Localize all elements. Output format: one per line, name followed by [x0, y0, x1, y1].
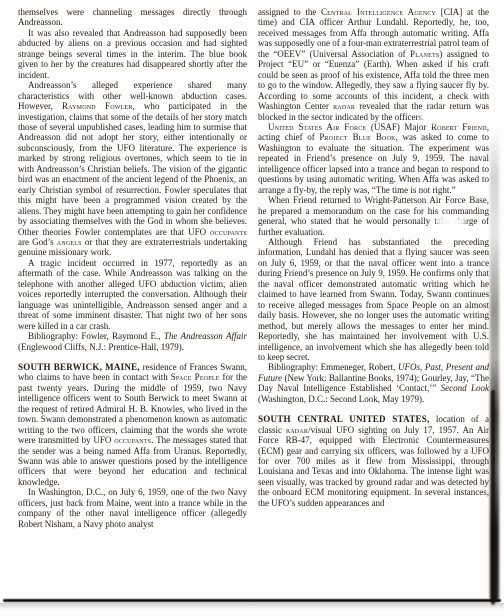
- body-text: Bibliography: Emmeneger, Robert,: [268, 362, 398, 372]
- small-caps-term: occupants: [210, 227, 247, 237]
- scan-binding-streak-dark: [491, 390, 495, 605]
- ink-fade-spot: [420, 111, 456, 124]
- body-text: are God’s: [18, 237, 57, 247]
- body-text: , who participated in the investigation,…: [18, 101, 247, 236]
- body-text: Bibliography: Fowler, Raymond E.,: [28, 331, 164, 341]
- left-text-column: themselves were channeling messages dire…: [18, 7, 247, 599]
- body-text: In Washington, D.C., on July 6, 1959, on…: [18, 487, 247, 528]
- small-caps-term: Raymond Fowler: [62, 101, 133, 111]
- small-caps-term: occupants: [114, 435, 151, 445]
- paragraph: SOUTH CENTRAL UNITED STATES, location of…: [258, 414, 489, 508]
- italic-title: The Andreasson Affair: [164, 331, 247, 341]
- paragraph: It was also revealed that Andreasson had…: [18, 28, 247, 80]
- body-text: It was also revealed that Andreasson had…: [18, 28, 247, 80]
- right-text-column: assigned to the Central Intelligence Age…: [258, 7, 489, 599]
- page-bottom-shadow: [0, 603, 504, 611]
- small-caps-term: Project Blue Book: [319, 132, 395, 142]
- body-text: themselves were channeling messages dire…: [18, 7, 247, 27]
- body-text: (USAF) Major: [366, 122, 431, 132]
- small-caps-term: Space People: [171, 372, 220, 382]
- page-bottom-edge-line: [3, 599, 501, 602]
- entry-headword: SOUTH BERWICK, MAINE,: [18, 362, 140, 372]
- scanned-page: themselves were channeling messages dire…: [0, 0, 504, 616]
- small-caps-term: radar: [333, 101, 355, 111]
- paragraph: Bibliography: Fowler, Raymond E., The An…: [18, 331, 247, 352]
- paragraph: themselves were channeling messages dire…: [18, 7, 247, 28]
- small-caps-term: angels: [57, 237, 82, 247]
- body-text: assigned to the: [258, 7, 321, 17]
- paragraph: Andreasson’s alleged experience shared m…: [18, 80, 247, 258]
- small-caps-term: Central Intelligence Agency: [321, 7, 436, 17]
- small-caps-term: United States Air Force: [268, 122, 366, 132]
- paragraph: A tragic incident occurred in 1977, repo…: [18, 258, 247, 331]
- italic-title: Second Look: [441, 383, 489, 393]
- ink-fade-spot: [436, 216, 466, 228]
- body-text: A tragic incident occurred in 1977, repo…: [18, 258, 247, 331]
- body-text: Although Friend has substantiated the pr…: [258, 237, 489, 362]
- body-text: (Washington, D.C.: Second Look, May 1979…: [258, 394, 424, 404]
- entry-headword: SOUTH CENTRAL UNITED STATES,: [258, 414, 429, 424]
- paragraph: SOUTH BERWICK, MAINE, residence of Franc…: [18, 362, 247, 487]
- paragraph: In Washington, D.C., on July 6, 1959, on…: [18, 487, 247, 529]
- body-text: /visual UFO sighting on July 17, 1957. A…: [258, 425, 489, 508]
- paragraph: Although Friend has substantiated the pr…: [258, 237, 489, 362]
- small-caps-term: radar: [286, 425, 308, 435]
- paragraph: Bibliography: Emmeneger, Robert, UFOs, P…: [258, 362, 489, 404]
- body-text: (Englewood Cliffs, N.J.: Prentice-Hall, …: [18, 342, 184, 352]
- paragraph: assigned to the Central Intelligence Age…: [258, 7, 489, 122]
- paragraph: United States Air Force (USAF) Major Rob…: [258, 122, 489, 195]
- small-caps-term: Planets: [410, 49, 439, 59]
